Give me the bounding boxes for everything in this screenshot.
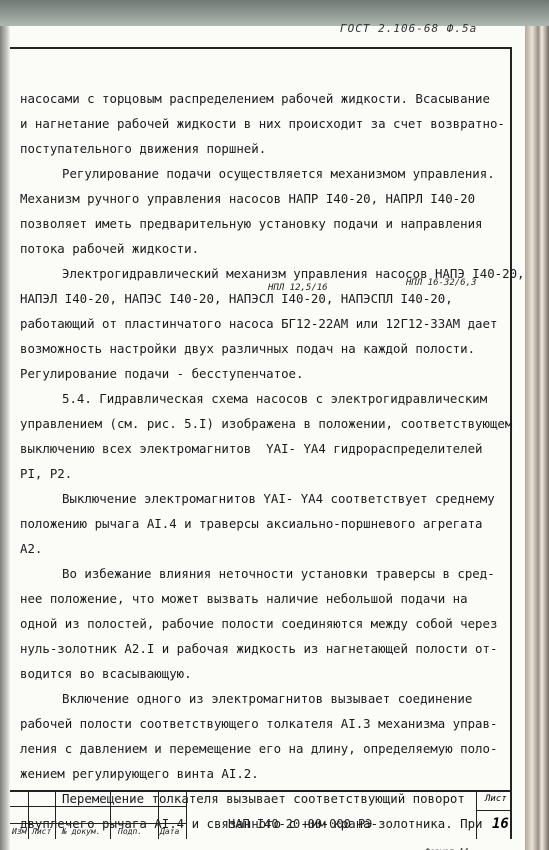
text-line: Включение одного из электромагнитов вызы…	[20, 686, 500, 711]
stamp-label-izm: Изм	[12, 827, 26, 836]
handwritten-annotation: НПЛ 16-32/6,3	[406, 278, 476, 288]
text-line: ления с давлением и перемещение его на д…	[20, 736, 500, 761]
text-line: PI, P2.	[20, 461, 500, 486]
text-line: выключению всех электромагнитов YAI- YA4…	[20, 436, 500, 461]
text-line: Регулирование подачи - бесступенчатое.	[20, 361, 500, 386]
page-stack-edge	[525, 26, 549, 850]
text-line: A2.	[20, 536, 500, 561]
sheet-label: Лист	[485, 794, 507, 804]
sheet-number: 16	[492, 816, 509, 832]
stamp-label-sheet: Лист	[32, 827, 51, 836]
text-line: 5.4. Гидравлическая схема насосов с элек…	[20, 386, 500, 411]
text-line: работающий от пластинчатого насоса БГ12-…	[20, 311, 500, 336]
text-line: и нагнетание рабочей жидкости в них прои…	[20, 111, 500, 136]
text-line: рабочей полости соответствующего толкате…	[20, 711, 500, 736]
text-line: одной из полостей, рабочие полости соеди…	[20, 611, 500, 636]
text-line: возможность настройки двух различных под…	[20, 336, 500, 361]
body-text: насосами с торцовым распределением рабоч…	[20, 86, 500, 836]
text-line: НАПЭЛ I40-20, НАПЭС I40-20, НАПЭСЛ I40-2…	[20, 286, 500, 311]
text-line: Механизм ручного управления насосов НАПР…	[20, 186, 500, 211]
document-code: НАП I40-20-00-000 РЭ	[228, 817, 373, 831]
text-line: нее положение, что может вызвать наличие…	[20, 586, 500, 611]
text-line: поступательного движения поршней.	[20, 136, 500, 161]
text-line: насосами с торцовым распределением рабоч…	[20, 86, 500, 111]
text-line: нуль-золотник A2.I и рабочая жидкость из…	[20, 636, 500, 661]
text-line: Регулирование подачи осуществляется меха…	[20, 161, 500, 186]
stamp-label-sign: Подп.	[118, 827, 142, 836]
text-line: управлением (см. рис. 5.I) изображена в …	[20, 411, 500, 436]
stamp-label-date: Дата	[160, 827, 179, 836]
handwritten-annotation: НПЛ 12,5/16	[268, 283, 328, 293]
text-line: потока рабочей жидкости.	[20, 236, 500, 261]
text-line: позволяет иметь предварительную установк…	[20, 211, 500, 236]
text-line: положению рычага AI.4 и траверсы аксиаль…	[20, 511, 500, 536]
text-line: Выключение электромагнитов YAI- YA4 соот…	[20, 486, 500, 511]
text-line: водится во всасывающую.	[20, 661, 500, 686]
form-standard-label: ГОСТ 2.106-68 Ф.5а	[340, 22, 477, 35]
title-block: Изм Лист № докум. Подп. Дата НАП I40-20-…	[10, 790, 510, 839]
page-binding-edge	[0, 26, 10, 850]
text-line: Во избежание влияния неточности установк…	[20, 561, 500, 586]
stamp-label-doc-no: № докум.	[62, 827, 101, 836]
text-line: жением регулирующего винта AI.2.	[20, 761, 500, 786]
